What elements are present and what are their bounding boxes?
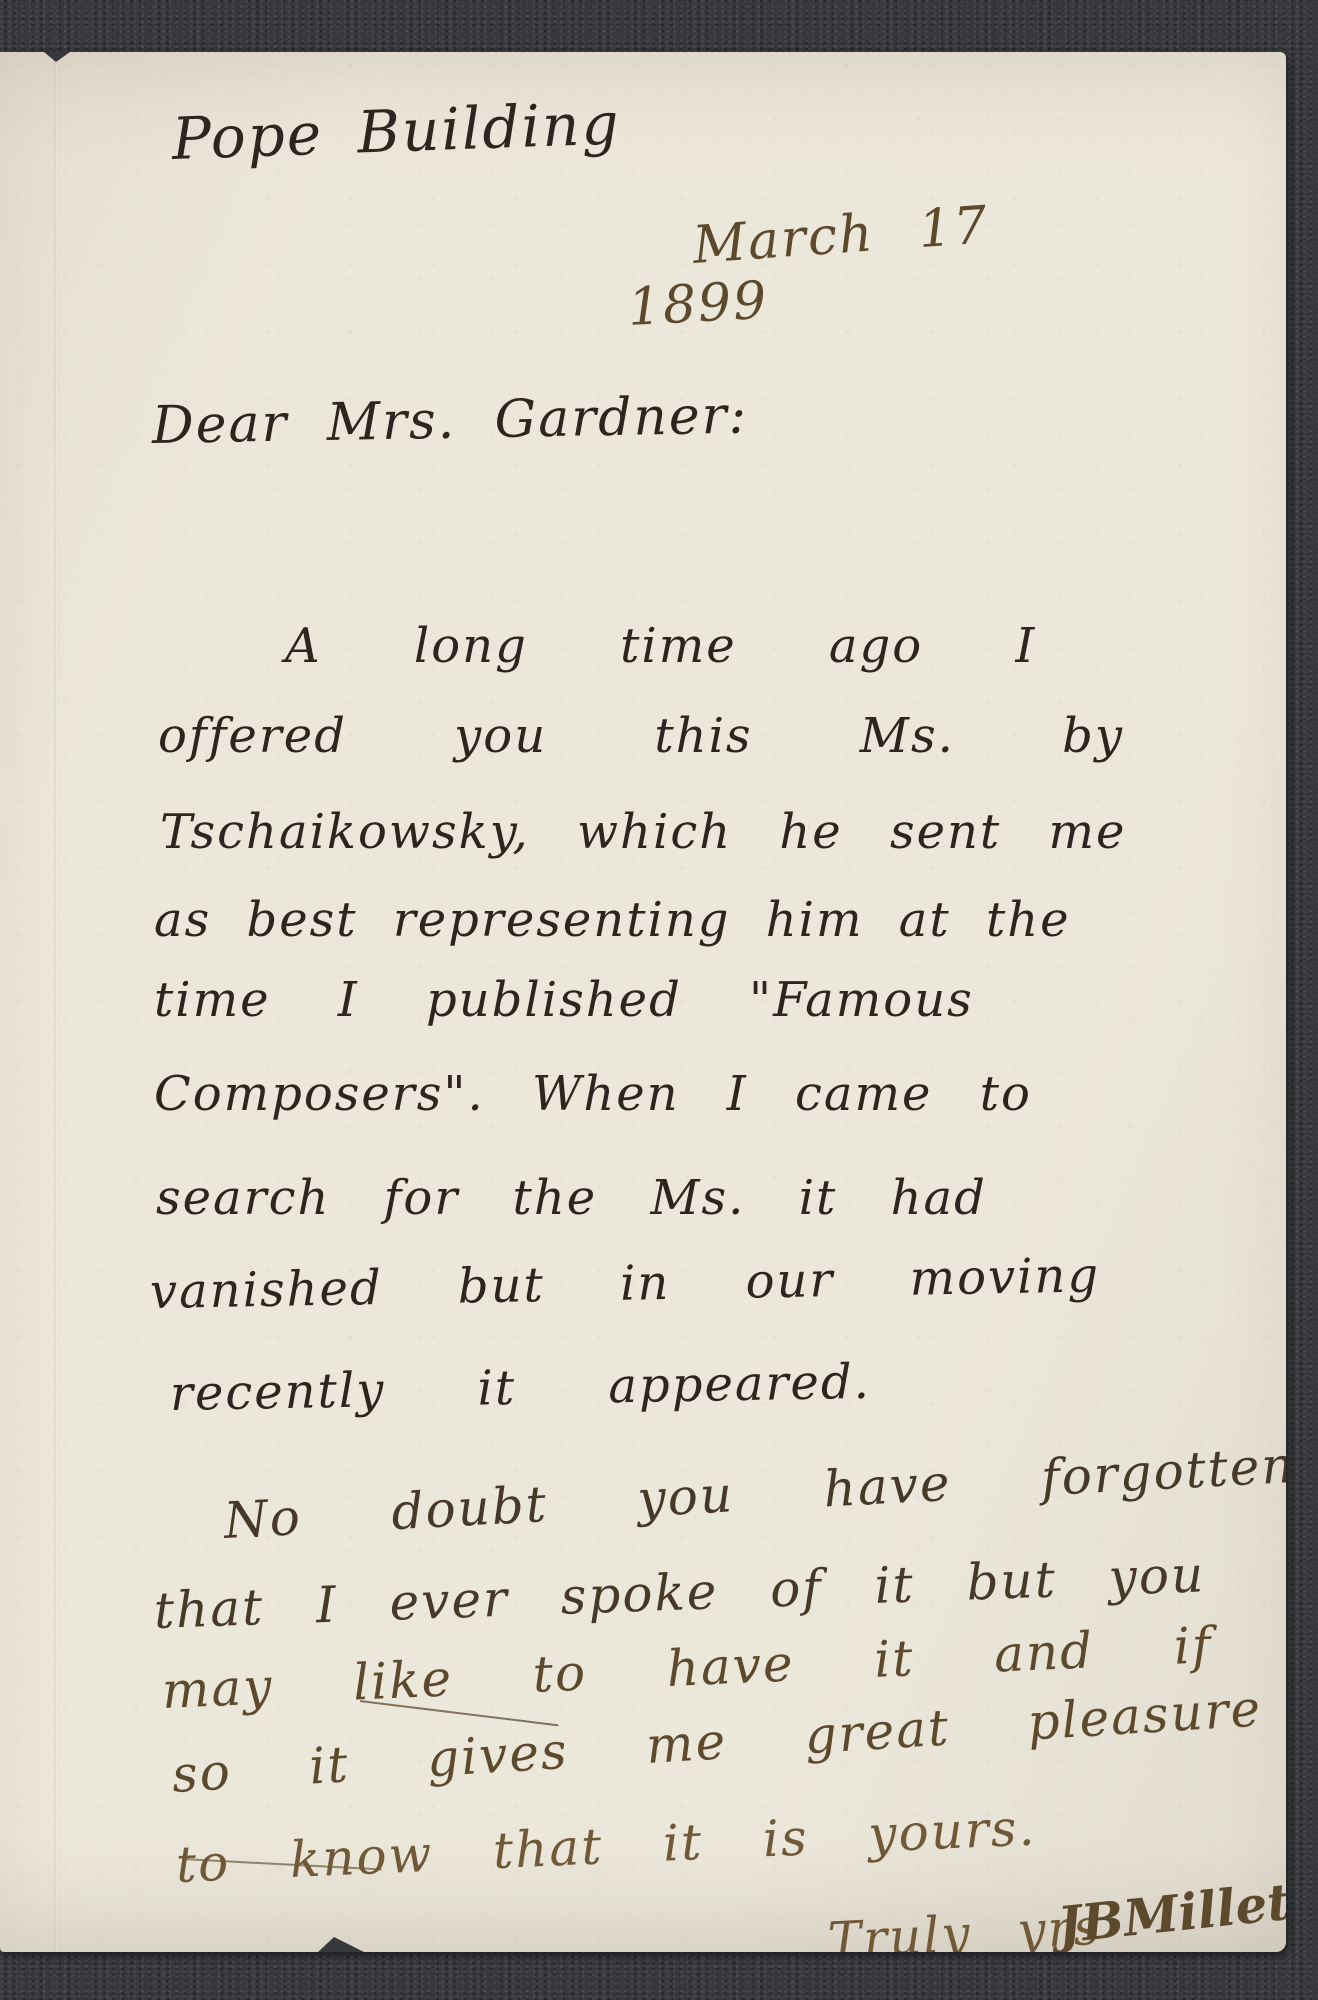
body-line: No doubt you have forgotten (223, 1438, 1286, 1549)
body-line: time I published "Famous (154, 974, 974, 1027)
body-line: as best representing him at the (154, 894, 1071, 947)
body-line: search for the Ms. it had (156, 1172, 987, 1225)
paper-edge-tear (318, 1937, 364, 1952)
body-line: recently it appeared. (170, 1356, 872, 1421)
body-line: A long time ago I (285, 620, 1036, 673)
body-line: Composers". When I came to (154, 1068, 1032, 1121)
letter-page: Pope Building March 17 1899 Dear Mrs. Ga… (0, 52, 1286, 1952)
paper-edge-nick (44, 52, 70, 62)
signature: JBMillet (1055, 1874, 1286, 1952)
body-line: offered you this Ms. by (158, 710, 1124, 763)
body-line: Tschaikowsky, which he sent me (160, 806, 1126, 859)
body-line: vanished but in our moving (150, 1249, 1101, 1318)
fold-crease (54, 52, 59, 1952)
date-line: March 17 (691, 197, 991, 275)
year-line: 1899 (627, 273, 770, 337)
address-line: Pope Building (171, 92, 622, 171)
photo-backdrop: { "scene": { "description_colors": { "ba… (0, 0, 1318, 2000)
salutation-line: Dear Mrs. Gardner: (152, 388, 749, 456)
body-line: to know that it is yours. (175, 1800, 1038, 1893)
